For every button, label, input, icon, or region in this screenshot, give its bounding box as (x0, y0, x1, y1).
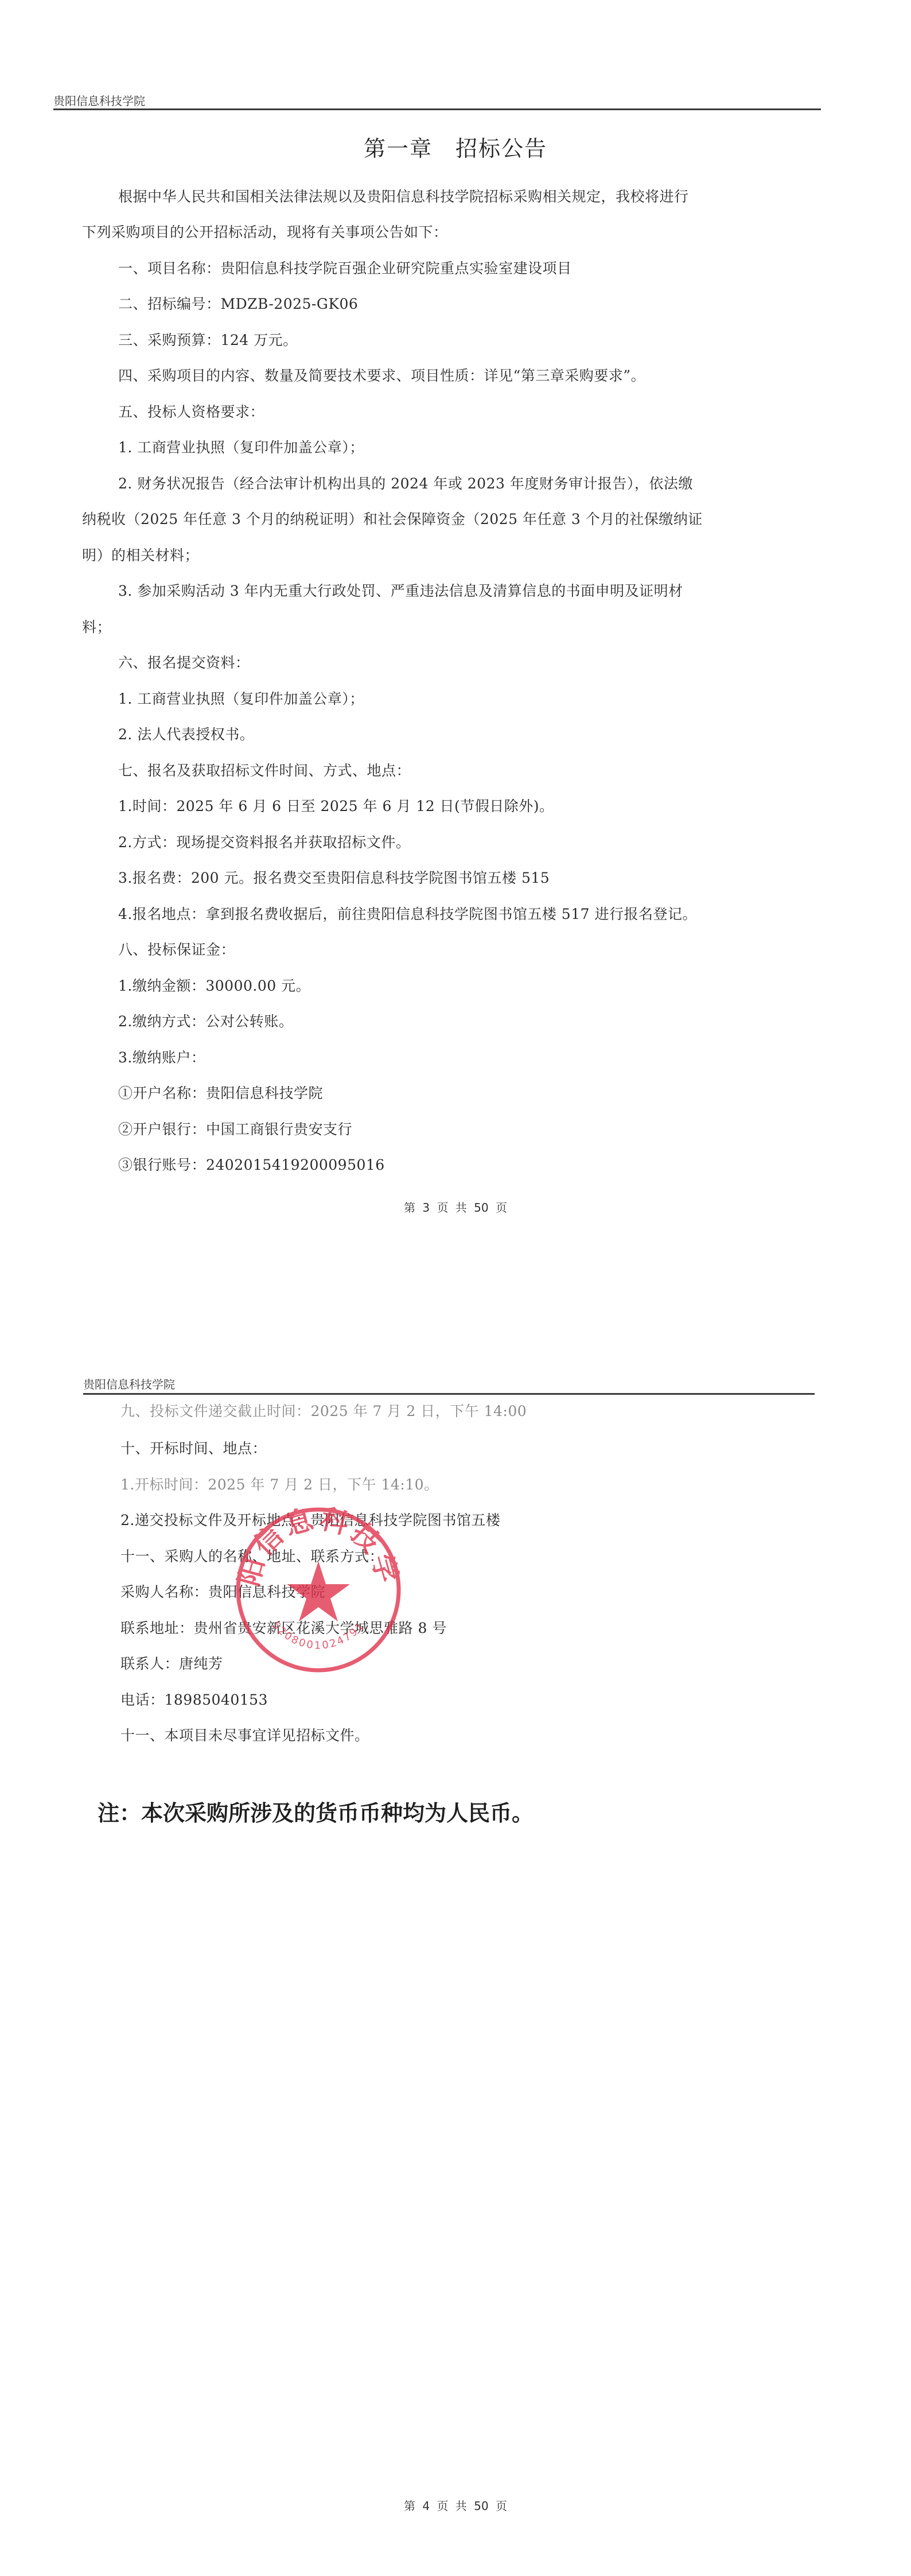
qualification-2-line-3: 明）的相关材料； (82, 547, 199, 564)
section-bid-opening: 十、开标时间、地点： (120, 1440, 267, 1457)
bid-deadline: 九、投标文件递交截止时间：2025 年 7 月 2 日，下午 14:00 (120, 1403, 527, 1420)
intro-line-1: 根据中华人民共和国相关法律法规以及贵阳信息科技学院招标采购相关规定，我校将进行 (118, 188, 689, 205)
item-bid-number: 二、招标编号：MDZB-2025-GK06 (118, 296, 358, 313)
qualification-3-line-2: 料； (82, 619, 111, 636)
qualification-3-line-1: 3. 参加采购活动 3 年内无重大行政处罚、严重违法信息及清算信息的书面申明及证… (118, 583, 683, 600)
qualification-2-line-2: 纳税收（2025 年任意 3 个月的纳税证明）和社会保障资金（2025 年任意 … (82, 511, 703, 528)
contact-phone: 电话：18985040153 (120, 1692, 268, 1709)
registration-doc-2: 2. 法人代表授权书。 (118, 726, 254, 743)
registration-fee: 3.报名费：200 元。报名费交至贵阳信息科技学院图书馆五楼 515 (118, 870, 550, 887)
currency-note: 注：本次采购所涉及的货币币种均为人民币。 (98, 1795, 534, 1827)
item-budget: 三、采购预算：124 万元。 (118, 332, 298, 349)
deposit-method: 2.缴纳方式：公对公转账。 (118, 1013, 293, 1030)
document-page-4: 贵阳信息科技学院 九、投标文件递交截止时间：2025 年 7 月 2 日，下午 … (0, 1288, 911, 2576)
section-deposit: 八、投标保证金： (118, 941, 235, 959)
header-rule (83, 1393, 815, 1395)
account-bank: ②开户银行：中国工商银行贵安支行 (118, 1121, 352, 1138)
qualification-1: 1. 工商营业执照（复印件加盖公章）； (118, 439, 364, 456)
section-qualification: 五、投标人资格要求： (118, 404, 264, 421)
seal-code: 5208001024791 (270, 1619, 367, 1651)
chapter-heading: 招标公告 (455, 136, 547, 161)
registration-method: 2.方式：现场提交资料报名并获取招标文件。 (118, 834, 410, 851)
deposit-account: 3.缴纳账户： (118, 1049, 205, 1066)
svg-text:5208001024791: 5208001024791 (270, 1619, 367, 1651)
registration-place: 4.报名地点：拿到报名费收据后，前往贵阳信息科技学院图书馆五楼 517 进行报名… (118, 906, 697, 923)
qualification-2-line-1: 2. 财务状况报告（经合法审计机构出具的 2024 年或 2023 年度财务审计… (118, 475, 693, 492)
running-head: 贵阳信息科技学院 (53, 92, 145, 108)
registration-time: 1.时间：2025 年 6 月 6 日至 2025 年 6 月 12 日(节假日… (118, 798, 554, 815)
item-project-name: 一、项目名称：贵阳信息科技学院百强企业研究院重点实验室建设项目 (118, 260, 572, 277)
chapter-title: 第一章招标公告 (0, 131, 911, 162)
contact-person: 联系人：唐纯芳 (120, 1655, 223, 1673)
document-page-3: 贵阳信息科技学院 第一章招标公告 根据中华人民共和国相关法律法规以及贵阳信息科技… (0, 0, 911, 1288)
header-rule (53, 108, 821, 110)
chapter-number: 第一章 (364, 136, 433, 161)
account-name: ①开户名称：贵阳信息科技学院 (118, 1085, 323, 1102)
other-matters: 十一、本项目未尽事宜详见招标文件。 (120, 1727, 369, 1744)
page-number: 第 4 页 共 50 页 (0, 2497, 911, 2513)
account-number: ③银行账号：2402015419200095016 (118, 1157, 385, 1174)
deposit-amount: 1.缴纳金额：30000.00 元。 (118, 977, 310, 995)
item-content: 四、采购项目的内容、数量及简要技术要求、项目性质：详见“第三章采购要求”。 (118, 367, 645, 385)
intro-line-2: 下列采购项目的公开招标活动，现将有关事项公告如下： (82, 224, 448, 241)
section-registration-time: 七、报名及获取招标文件时间、方式、地点： (118, 762, 411, 779)
section-registration-docs: 六、报名提交资料： (118, 654, 250, 672)
bid-opening-time: 1.开标时间：2025 年 7 月 2 日，下午 14:10。 (120, 1476, 439, 1493)
registration-doc-1: 1. 工商营业执照（复印件加盖公章）； (118, 690, 364, 708)
running-head: 贵阳信息科技学院 (83, 1375, 175, 1392)
official-seal-icon: 贵阳信息科技学院 5208001024791 (232, 1504, 404, 1676)
page-number: 第 3 页 共 50 页 (0, 1198, 911, 1215)
